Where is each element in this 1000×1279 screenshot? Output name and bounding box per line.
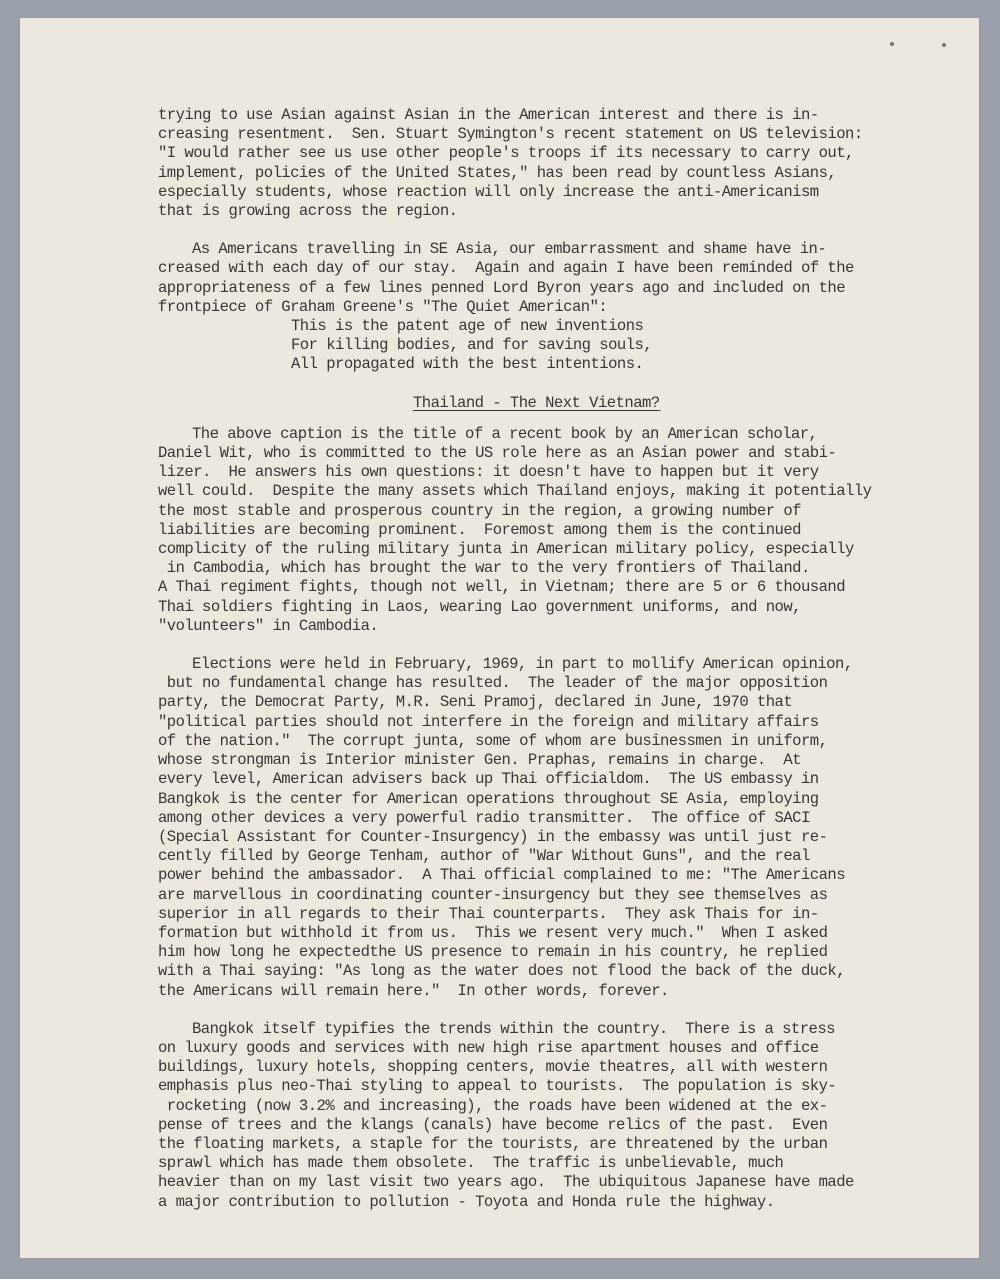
- text-line: trying to use Asian against Asian in the…: [158, 106, 938, 125]
- section-heading: Thailand - The Next Vietnam?: [158, 394, 938, 413]
- text-line: the Americans will remain here." In othe…: [158, 982, 938, 1001]
- text-line: in Cambodia, which has brought the war t…: [158, 559, 938, 578]
- text-line: are marvellous in coordinating counter-i…: [158, 886, 938, 905]
- text-line: power behind the ambassador. A Thai offi…: [158, 866, 938, 885]
- text-line: of the nation." The corrupt junta, some …: [158, 732, 938, 751]
- paragraph-byron: As Americans travelling in SE Asia, our …: [158, 240, 938, 374]
- text-line: cently filled by George Tenham, author o…: [158, 847, 938, 866]
- text-line: liabilities are becoming prominent. Fore…: [158, 521, 938, 540]
- punch-hole-mark: [942, 43, 946, 47]
- text-line: pense of trees and the klangs (canals) h…: [158, 1116, 938, 1135]
- text-line: party, the Democrat Party, M.R. Seni Pra…: [158, 693, 938, 712]
- text-line: "volunteers" in Cambodia.: [158, 617, 938, 636]
- poem-line: This is the patent age of new inventions: [158, 317, 938, 336]
- text-line: implement, policies of the United States…: [158, 164, 938, 183]
- text-line: appropriateness of a few lines penned Lo…: [158, 279, 938, 298]
- poem-line: For killing bodies, and for saving souls…: [158, 336, 938, 355]
- text-line: As Americans travelling in SE Asia, our …: [158, 240, 938, 259]
- punch-hole-mark: [890, 42, 894, 46]
- text-line: Daniel Wit, who is committed to the US r…: [158, 444, 938, 463]
- text-line: the most stable and prosperous country i…: [158, 502, 938, 521]
- poem-line: All propagated with the best intentions.: [158, 355, 938, 374]
- text-line: on luxury goods and services with new hi…: [158, 1039, 938, 1058]
- text-line: (Special Assistant for Counter-Insurgenc…: [158, 828, 938, 847]
- text-line: especially students, whose reaction will…: [158, 183, 938, 202]
- text-line: "I would rather see us use other people'…: [158, 144, 938, 163]
- text-line: complicity of the ruling military junta …: [158, 540, 938, 559]
- text-line: heavier than on my last visit two years …: [158, 1173, 938, 1192]
- text-line: whose strongman is Interior minister Gen…: [158, 751, 938, 770]
- text-line: Bangkok itself typifies the trends withi…: [158, 1020, 938, 1039]
- section-heading-text: Thailand - The Next Vietnam?: [413, 394, 660, 412]
- text-line: emphasis plus neo-Thai styling to appeal…: [158, 1077, 938, 1096]
- text-line: well could. Despite the many assets whic…: [158, 482, 938, 501]
- text-line: lizer. He answers his own questions: it …: [158, 463, 938, 482]
- text-line: A Thai regiment fights, though not well,…: [158, 578, 938, 597]
- text-line: Elections were held in February, 1969, i…: [158, 655, 938, 674]
- text-line: among other devices a very powerful radi…: [158, 809, 938, 828]
- text-line: "political parties should not interfere …: [158, 713, 938, 732]
- text-line: creased with each day of our stay. Again…: [158, 259, 938, 278]
- text-line: Thai soldiers fighting in Laos, wearing …: [158, 598, 938, 617]
- text-line: that is growing across the region.: [158, 202, 938, 221]
- text-line: buildings, luxury hotels, shopping cente…: [158, 1058, 938, 1077]
- text-line: rocketing (now 3.2% and increasing), the…: [158, 1097, 938, 1116]
- text-line: with a Thai saying: "As long as the wate…: [158, 962, 938, 981]
- paragraph-bangkok: Bangkok itself typifies the trends withi…: [158, 1020, 938, 1212]
- paragraph-elections: Elections were held in February, 1969, i…: [158, 655, 938, 1001]
- paragraph-daniel-wit: The above caption is the title of a rece…: [158, 425, 938, 636]
- text-line: the floating markets, a staple for the t…: [158, 1135, 938, 1154]
- document-body: trying to use Asian against Asian in the…: [158, 106, 938, 1231]
- text-line: every level, American advisers back up T…: [158, 770, 938, 789]
- text-line: sprawl which has made them obsolete. The…: [158, 1154, 938, 1173]
- text-line: him how long he expectedthe US presence …: [158, 943, 938, 962]
- text-line: The above caption is the title of a rece…: [158, 425, 938, 444]
- text-line: formation but withhold it from us. This …: [158, 924, 938, 943]
- text-line: a major contribution to pollution - Toyo…: [158, 1193, 938, 1212]
- paragraph-symington: trying to use Asian against Asian in the…: [158, 106, 938, 221]
- typewritten-page: trying to use Asian against Asian in the…: [20, 18, 979, 1258]
- text-line: creasing resentment. Sen. Stuart Symingt…: [158, 125, 938, 144]
- text-line: but no fundamental change has resulted. …: [158, 674, 938, 693]
- text-line: Bangkok is the center for American opera…: [158, 790, 938, 809]
- text-line: frontpiece of Graham Greene's "The Quiet…: [158, 298, 938, 317]
- text-line: superior in all regards to their Thai co…: [158, 905, 938, 924]
